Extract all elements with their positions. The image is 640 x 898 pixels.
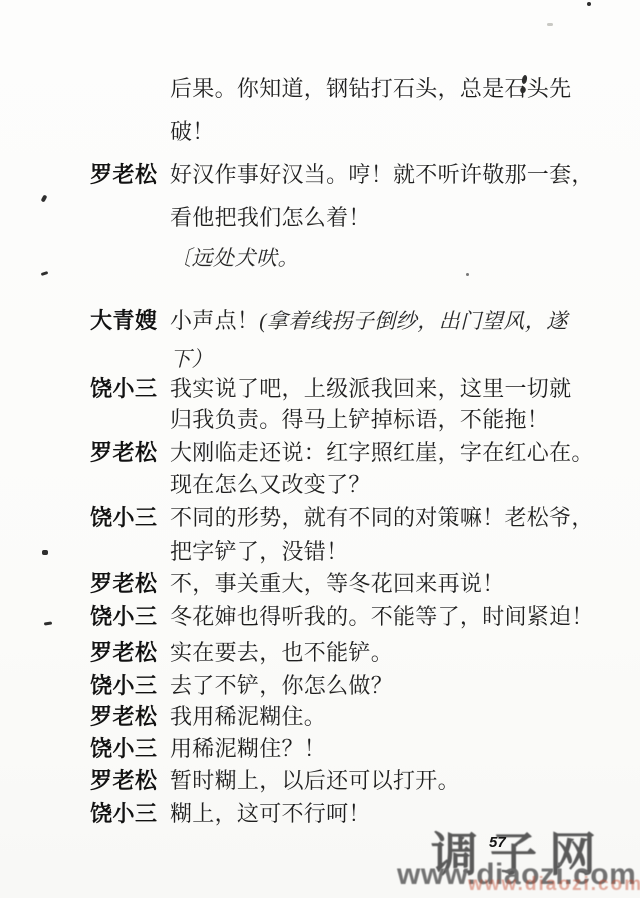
script-line: 饶小三不同的形势，就有不同的对策嘛！老松爷， bbox=[0, 505, 640, 533]
dialogue-text: 不，事关重大，等冬花回来再说！ bbox=[170, 571, 505, 596]
speaker-name: 罗老松 bbox=[90, 640, 158, 666]
script-line: 下） bbox=[0, 346, 640, 374]
dialogue-text: 暂时糊上，以后还可以打开。 bbox=[170, 768, 460, 793]
script-line: 饶小三我实说了吧，上级派我回来，这里一切就 bbox=[0, 376, 640, 404]
dialogue-text: 我用稀泥糊住。 bbox=[170, 704, 326, 729]
stage-direction: 下） bbox=[170, 347, 213, 371]
speaker-name: 罗老松 bbox=[90, 440, 158, 466]
script-line: 归我负责。得马上铲掉标语，不能拖！ bbox=[0, 407, 640, 435]
dialogue-text: 实在要去，也不能铲。 bbox=[170, 640, 393, 665]
script-line: 后果。你知道，钢钻打石头，总是石头先 bbox=[0, 76, 640, 104]
dialogue-text: 冬花婶也得听我的。不能等了，时间紧迫！ bbox=[170, 604, 594, 629]
speaker-name: 饶小三 bbox=[90, 673, 158, 699]
dialogue-text: 去了不铲，你怎么做？ bbox=[170, 673, 393, 698]
dialogue-text: 小声点！ bbox=[170, 308, 259, 333]
dialogue-text: 我实说了吧，上级派我回来，这里一切就 bbox=[170, 376, 571, 401]
page-number: 57 bbox=[489, 834, 506, 851]
speaker-name: 饶小三 bbox=[90, 801, 158, 827]
speaker-name: 罗老松 bbox=[90, 768, 158, 794]
dialogue-text: 现在怎么又改变了？ bbox=[170, 472, 371, 497]
speaker-name: 饶小三 bbox=[90, 505, 158, 531]
speaker-name: 罗老松 bbox=[90, 704, 158, 730]
dialogue-text: 用稀泥糊住？！ bbox=[170, 736, 326, 761]
speaker-name: 罗老松 bbox=[90, 571, 158, 597]
speaker-name: 饶小三 bbox=[90, 376, 158, 402]
script-line: 大青嫂小声点！(拿着线拐子倒纱，出门望风，遂 bbox=[0, 308, 640, 336]
dialogue-text: 归我负责。得马上铲掉标语，不能拖！ bbox=[170, 407, 549, 432]
ink-speck bbox=[41, 271, 49, 276]
script-line: 饶小三用稀泥糊住？！ bbox=[0, 736, 640, 764]
stage-direction: (拿着线拐子倒纱，出门望风，遂 bbox=[259, 309, 568, 333]
ink-speck bbox=[547, 23, 553, 26]
script-line: 〔远处犬吠。 bbox=[0, 245, 640, 273]
ink-speck bbox=[41, 194, 48, 202]
script-line: 现在怎么又改变了？ bbox=[0, 472, 640, 500]
dialogue-text: 破！ bbox=[170, 119, 215, 144]
dialogue-text: 后果。你知道，钢钻打石头，总是石头先 bbox=[170, 76, 571, 101]
script-line: 罗老松实在要去，也不能铲。 bbox=[0, 640, 640, 668]
speaker-name: 大青嫂 bbox=[90, 308, 158, 334]
script-line: 罗老松暂时糊上，以后还可以打开。 bbox=[0, 768, 640, 796]
dialogue-text: 看他把我们怎么着！ bbox=[170, 205, 371, 230]
speaker-name: 罗老松 bbox=[90, 162, 158, 188]
ink-speck bbox=[466, 273, 469, 276]
script-line: 饶小三去了不铲，你怎么做？ bbox=[0, 673, 640, 701]
dialogue-text: 把字铲了，没错！ bbox=[170, 539, 348, 564]
script-line: 看他把我们怎么着！ bbox=[0, 205, 640, 233]
script-line: 饶小三冬花婶也得听我的。不能等了，时间紧迫！ bbox=[0, 604, 640, 632]
script-line: 罗老松不，事关重大，等冬花回来再说！ bbox=[0, 571, 640, 599]
dialogue-text: 糊上，这可不行呵！ bbox=[170, 801, 371, 826]
ink-speck bbox=[587, 2, 591, 6]
script-line: 罗老松好汉作事好汉当。哼！就不听许敬那一套， bbox=[0, 162, 640, 190]
dialogue-text: 不同的形势，就有不同的对策嘛！老松爷， bbox=[170, 505, 594, 530]
ink-speck bbox=[42, 550, 48, 555]
watermark-url-red-echo: www.diaozi.com bbox=[468, 874, 640, 896]
speaker-name: 饶小三 bbox=[90, 736, 158, 762]
script-line: 罗老松大刚临走还说：红字照红崖，字在红心在。 bbox=[0, 440, 640, 468]
scanned-page: 后果。你知道，钢钻打石头，总是石头先 破！ 罗老松好汉作事好汉当。哼！就不听许敬… bbox=[0, 0, 640, 898]
speaker-name: 饶小三 bbox=[90, 604, 158, 630]
dialogue-text: 好汉作事好汉当。哼！就不听许敬那一套， bbox=[170, 162, 594, 187]
dialogue-text: 大刚临走还说：红字照红崖，字在红心在。 bbox=[170, 440, 594, 465]
script-line: 罗老松我用稀泥糊住。 bbox=[0, 704, 640, 732]
script-line: 破！ bbox=[0, 119, 640, 147]
script-line: 把字铲了，没错！ bbox=[0, 539, 640, 567]
stage-direction: 〔远处犬吠。 bbox=[170, 246, 299, 270]
